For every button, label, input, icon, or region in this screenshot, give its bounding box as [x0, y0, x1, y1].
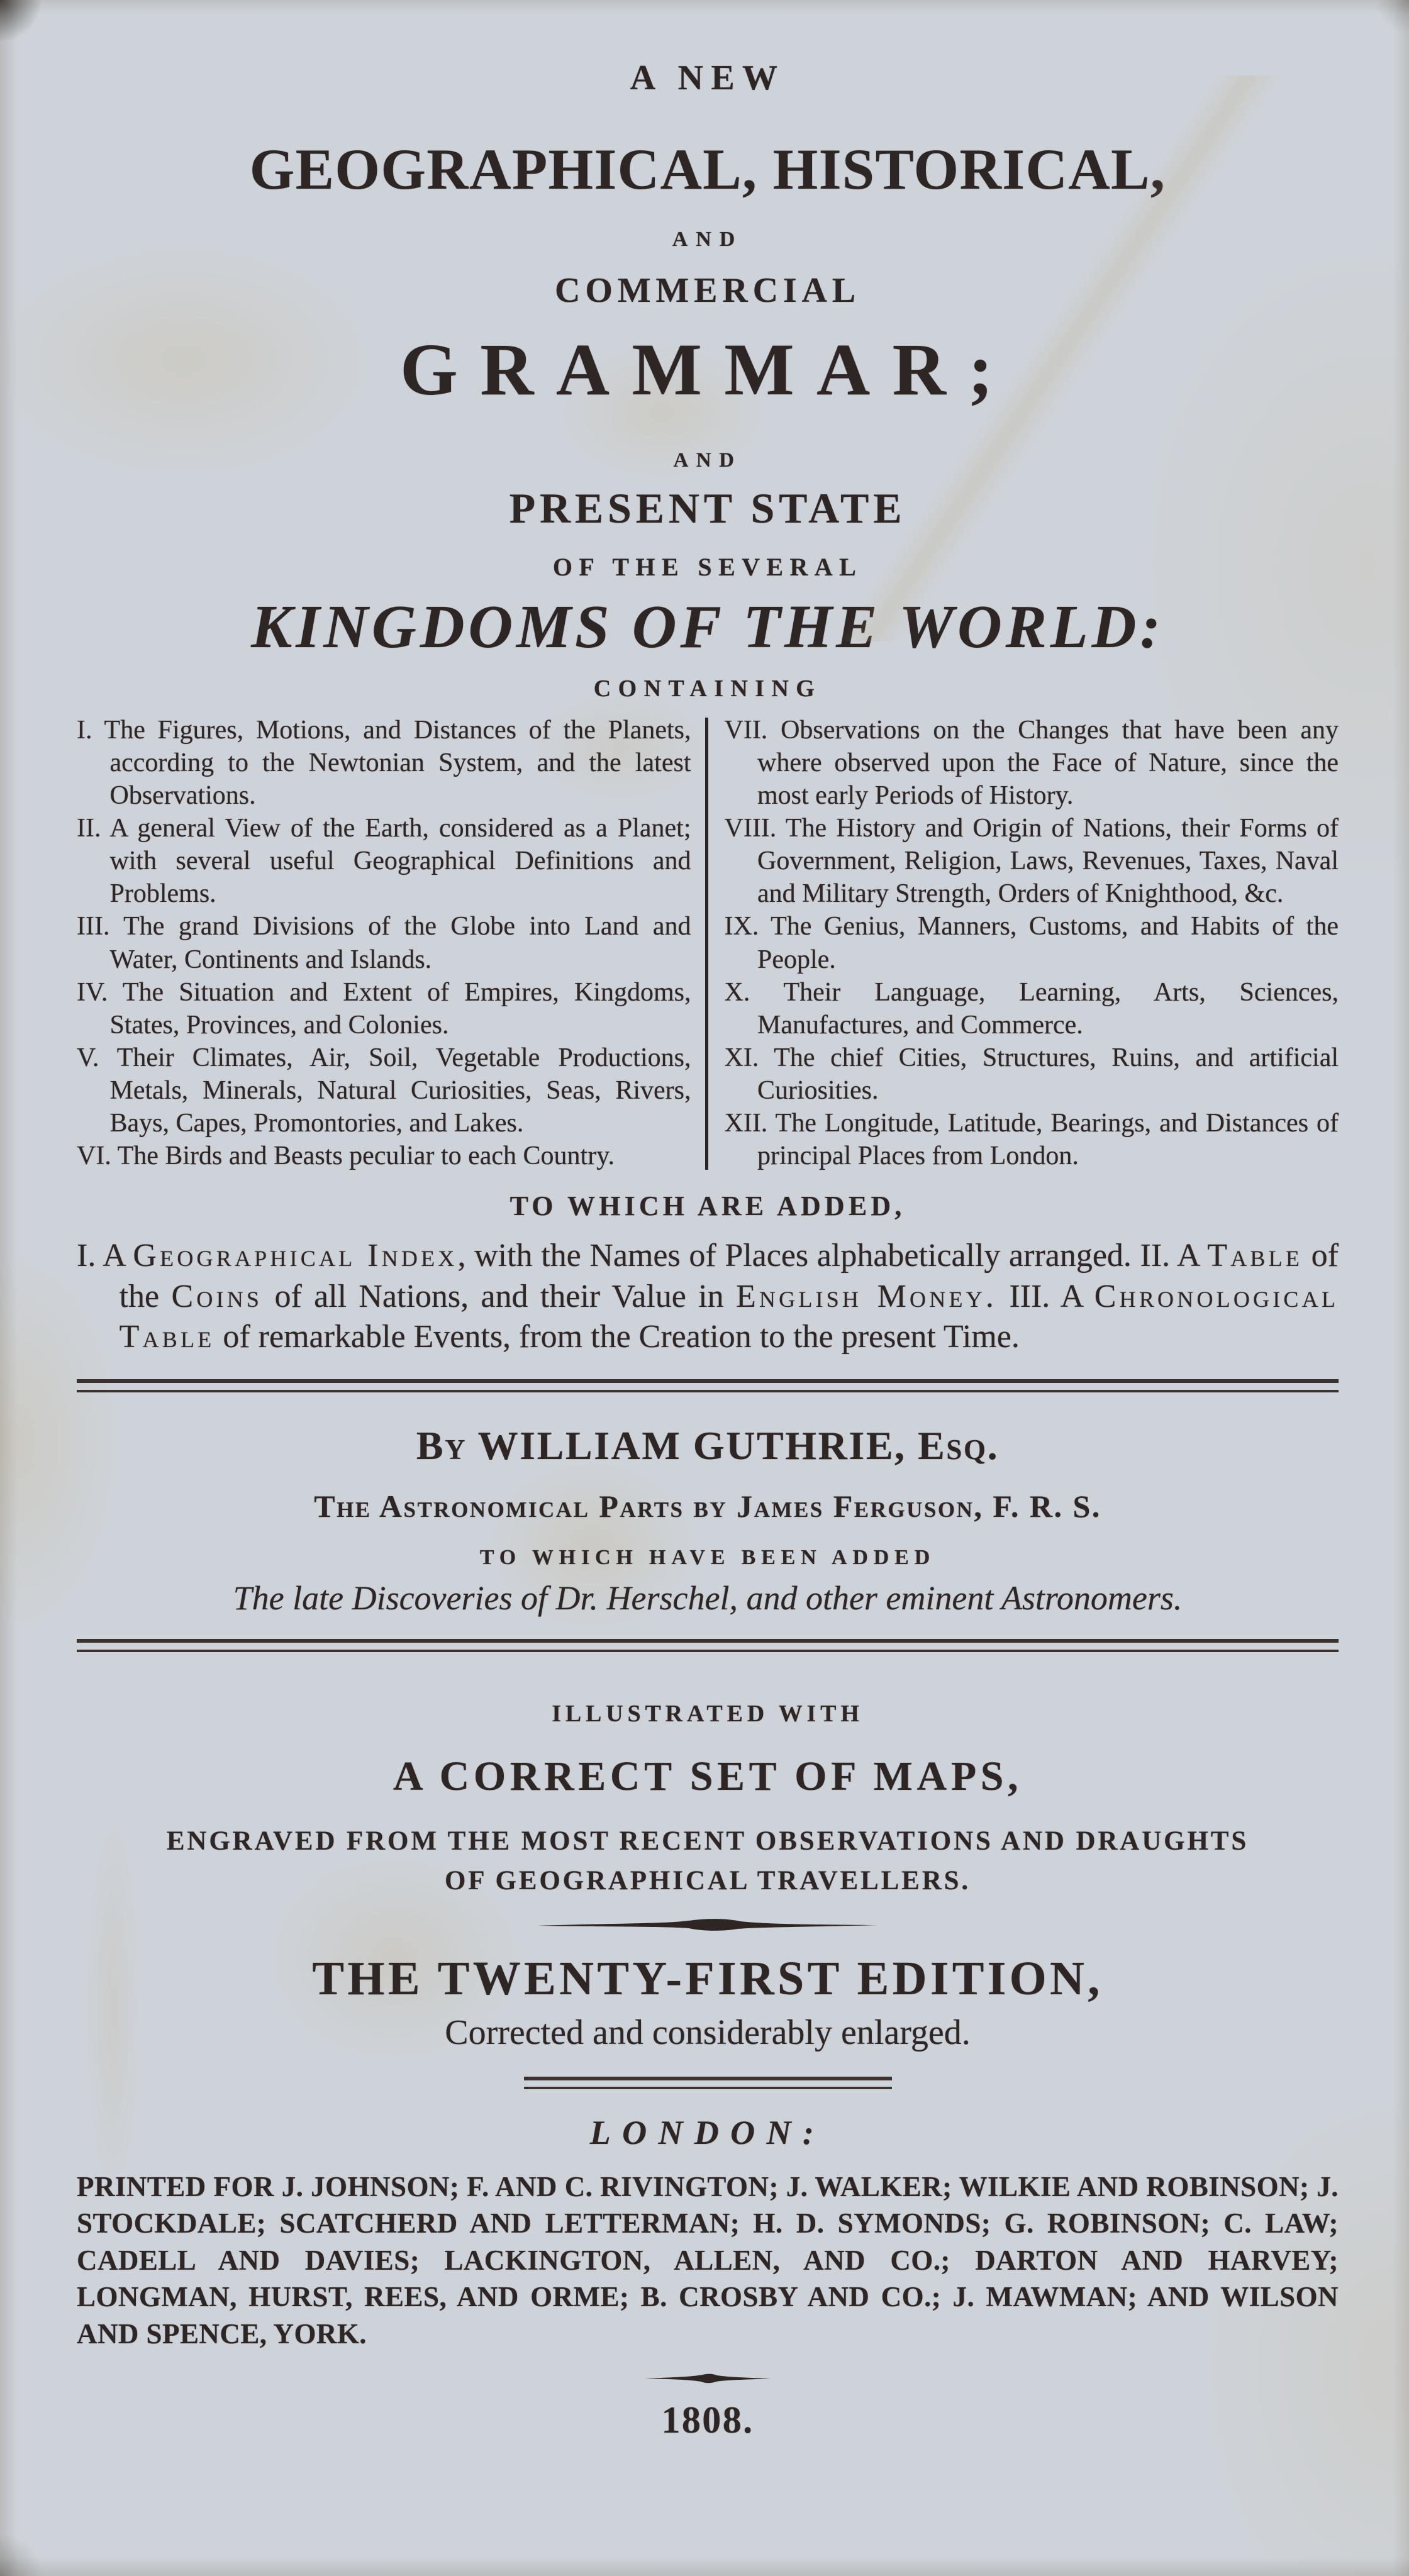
title-conjunction-and-2: AND [77, 449, 1339, 472]
contents-item-1-numeral: I. [77, 716, 92, 745]
publication-year: 1808. [77, 2399, 1339, 2442]
swelled-rule-ornament [538, 1916, 877, 1934]
contents-item-6-text: The Birds and Beasts peculiar to each Co… [118, 1141, 615, 1170]
to-which-are-added-heading: TO WHICH ARE ADDED, [77, 1190, 1339, 1222]
edition-title: THE TWENTY-FIRST EDITION, [77, 1951, 1339, 2006]
contents-item-3-text: The grand Divisions of the Globe into La… [110, 912, 691, 974]
contents-item-10-text: Their Language, Learning, Arts, Sciences… [757, 978, 1339, 1040]
contents-item-6-numeral: VI. [77, 1141, 111, 1170]
added-part-6: of remarkable Events, from the Creation … [214, 1319, 1019, 1355]
title-line-kingdoms-of-the-world: KINGDOMS OF THE WORLD: [77, 592, 1339, 662]
herschel-discoveries-line: The late Discoveries of Dr. Herschel, an… [77, 1579, 1339, 1618]
double-rule-top [77, 1379, 1339, 1392]
title-line-grammar: GRAMMAR; [77, 327, 1339, 413]
astronomical-parts-credit: The Astronomical Parts by James Ferguson… [77, 1488, 1339, 1524]
added-english-money: English Money. [736, 1279, 997, 1314]
illustrated-with-heading: ILLUSTRATED WITH [77, 1700, 1339, 1728]
contents-item-9: IX. The Genius, Manners, Customs, and Ha… [725, 910, 1339, 975]
engraved-line-1: ENGRAVED FROM THE MOST RECENT OBSERVATIO… [77, 1826, 1339, 1857]
contents-item-4-text: The Situation and Extent of Empires, Kin… [110, 978, 691, 1040]
contents-item-4-numeral: IV. [77, 978, 108, 1007]
added-works-paragraph: I. A Geographical Index, with the Names … [77, 1236, 1339, 1357]
contents-item-3: III. The grand Divisions of the Globe in… [77, 910, 691, 975]
added-table: Table [1207, 1238, 1303, 1274]
title-line-commercial: COMMERCIAL [77, 270, 1339, 311]
contents-item-10: X. Their Language, Learning, Arts, Scien… [725, 976, 1339, 1041]
title-line-present-state: PRESENT STATE [77, 484, 1339, 533]
contents-item-2: II. A general View of the Earth, conside… [77, 812, 691, 910]
contents-item-7-numeral: VII. [725, 716, 768, 745]
contents-item-10-numeral: X. [725, 978, 750, 1007]
title-line-geographical-historical: GEOGRAPHICAL, HISTORICAL, [77, 136, 1339, 203]
contents-item-5: V. Their Climates, Air, Soil, Vegetable … [77, 1041, 691, 1140]
added-geographical-index: Geographical Index [133, 1238, 457, 1274]
contents-item-4: IV. The Situation and Extent of Empires,… [77, 976, 691, 1041]
book-title-page: A NEW GEOGRAPHICAL, HISTORICAL, AND COMM… [0, 0, 1409, 2576]
contents-item-1: I. The Figures, Motions, and Distances o… [77, 714, 691, 812]
to-which-have-been-added-heading: TO WHICH HAVE BEEN ADDED [77, 1546, 1339, 1570]
edition-subtitle: Corrected and considerably enlarged. [77, 2012, 1339, 2053]
added-part-1: I. A [77, 1238, 133, 1274]
contents-column-left: I. The Figures, Motions, and Distances o… [77, 714, 691, 1172]
double-rule-short [524, 2077, 892, 2089]
contents-columns: I. The Figures, Motions, and Distances o… [77, 714, 1339, 1172]
added-part-2: , with the Names of Places alphabeticall… [457, 1238, 1207, 1274]
contents-item-7-text: Observations on the Changes that have be… [757, 716, 1339, 810]
added-part-5: III. A [997, 1279, 1094, 1314]
contents-item-6: VI. The Birds and Beasts peculiar to eac… [77, 1140, 691, 1172]
contents-item-8: VIII. The History and Origin of Nations,… [725, 812, 1339, 910]
contents-item-5-text: Their Climates, Air, Soil, Vegetable Pro… [110, 1043, 691, 1138]
contents-item-9-text: The Genius, Manners, Customs, and Habits… [757, 912, 1339, 974]
maps-title: A CORRECT SET OF MAPS, [77, 1753, 1339, 1801]
title-conjunction-and: AND [77, 228, 1339, 252]
contents-item-11-numeral: XI. [725, 1043, 759, 1072]
double-rule-middle [77, 1639, 1339, 1652]
small-swelled-rule-ornament [645, 2372, 771, 2385]
title-line-of-the-several: OF THE SEVERAL [77, 552, 1339, 582]
contents-item-8-numeral: VIII. [725, 814, 777, 843]
imprint-city: LONDON: [77, 2113, 1339, 2152]
author-byline: By WILLIAM GUTHRIE, Esq. [77, 1423, 1339, 1469]
contents-item-9-numeral: IX. [725, 912, 759, 941]
contents-item-3-numeral: III. [77, 912, 109, 941]
half-title: A NEW [77, 58, 1339, 98]
contents-item-11: XI. The chief Cities, Structures, Ruins,… [725, 1041, 1339, 1107]
containing-heading: CONTAINING [77, 675, 1339, 702]
contents-item-12-text: The Longitude, Latitude, Bearings, and D… [757, 1109, 1339, 1170]
contents-item-5-numeral: V. [77, 1043, 99, 1072]
contents-item-12-numeral: XII. [725, 1109, 768, 1138]
contents-item-8-text: The History and Origin of Nations, their… [757, 814, 1339, 908]
imprint-publishers: PRINTED FOR J. JOHNSON; F. AND C. RIVING… [77, 2168, 1339, 2353]
added-coins: Coins [171, 1279, 262, 1314]
contents-item-2-numeral: II. [77, 814, 101, 843]
contents-item-7: VII. Observations on the Changes that ha… [725, 714, 1339, 812]
added-part-4: of all Nations, and their Value in [262, 1279, 736, 1314]
contents-column-right: VII. Observations on the Changes that ha… [725, 714, 1339, 1172]
engraved-line-2: OF GEOGRAPHICAL TRAVELLERS. [77, 1865, 1339, 1896]
contents-item-11-text: The chief Cities, Structures, Ruins, and… [757, 1043, 1339, 1105]
contents-item-1-text: The Figures, Motions, and Distances of t… [104, 716, 691, 810]
contents-item-12: XII. The Longitude, Latitude, Bearings, … [725, 1107, 1339, 1172]
column-divider-rule [705, 718, 708, 1170]
contents-item-2-text: A general View of the Earth, considered … [109, 814, 691, 908]
